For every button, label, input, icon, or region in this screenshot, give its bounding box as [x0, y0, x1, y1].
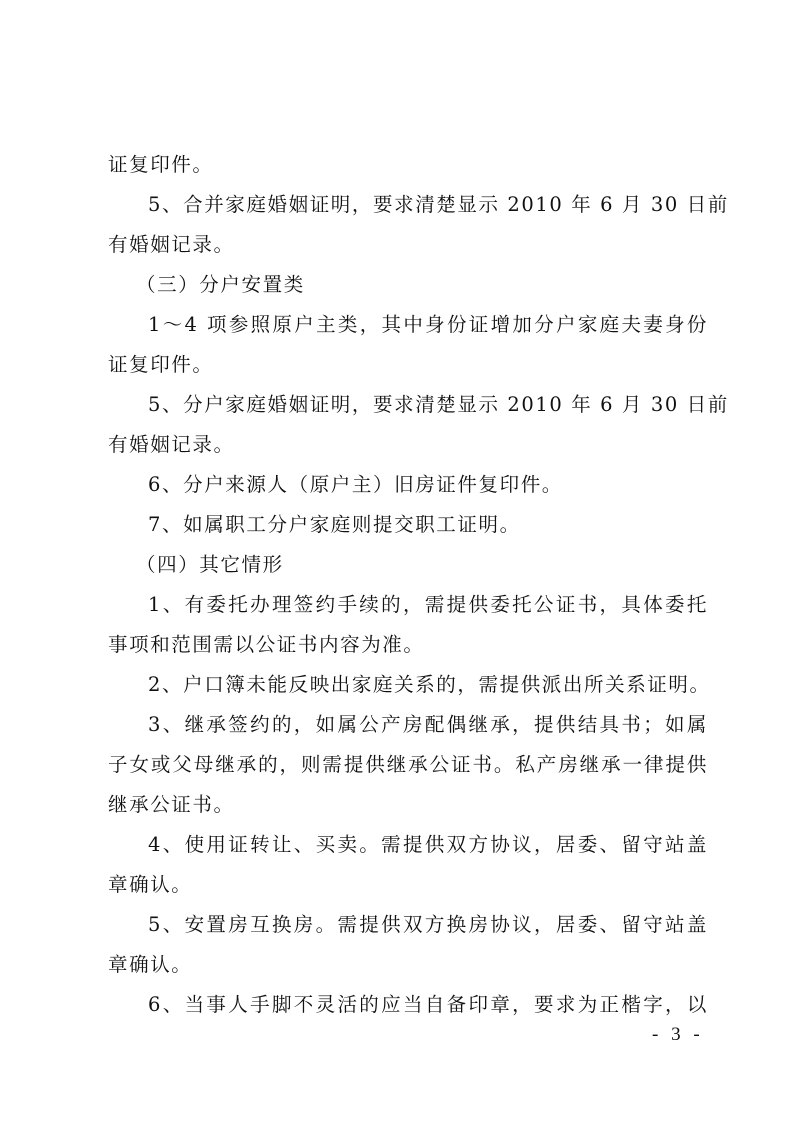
section-heading: （四）其它情形	[108, 545, 708, 585]
text-line: 1、有委托办理签约手续的，需提供委托公证书，具体委托	[108, 585, 708, 625]
page-number: - 3 -	[652, 1024, 704, 1046]
text-line: 5、安置房互换房。需提供双方换房协议，居委、留守站盖	[108, 905, 708, 945]
text-line: 事项和范围需以公证书内容为准。	[108, 625, 708, 665]
text-line: 6、分户来源人（原户主）旧房证件复印件。	[108, 465, 708, 505]
text-line: 6、当事人手脚不灵活的应当自备印章，要求为正楷字，以	[108, 985, 708, 1025]
text-line: 证复印件。	[108, 345, 708, 385]
text-line: 2、户口簿未能反映出家庭关系的，需提供派出所关系证明。	[108, 665, 708, 705]
text-line: 继承公证书。	[108, 785, 708, 825]
text-line: 1～4 项参照原户主类，其中身份证增加分户家庭夫妻身份	[108, 305, 708, 345]
document-page: 证复印件。5、合并家庭婚姻证明，要求清楚显示 2010 年 6 月 30 日前有…	[0, 0, 800, 1131]
text-line: 3、继承签约的，如属公产房配偶继承，提供结具书；如属	[108, 705, 708, 745]
text-line: 4、使用证转让、买卖。需提供双方协议，居委、留守站盖	[108, 825, 708, 865]
text-line: 5、合并家庭婚姻证明，要求清楚显示 2010 年 6 月 30 日前	[108, 185, 708, 225]
text-line: 子女或父母继承的，则需提供继承公证书。私产房继承一律提供	[108, 745, 708, 785]
text-line: 有婚姻记录。	[108, 425, 708, 465]
text-line: 有婚姻记录。	[108, 225, 708, 265]
text-line: 章确认。	[108, 865, 708, 905]
text-line: 证复印件。	[108, 145, 708, 185]
text-line: 7、如属职工分户家庭则提交职工证明。	[108, 505, 708, 545]
section-heading: （三）分户安置类	[108, 265, 708, 305]
document-body: 证复印件。5、合并家庭婚姻证明，要求清楚显示 2010 年 6 月 30 日前有…	[108, 145, 708, 1025]
text-line: 5、分户家庭婚姻证明，要求清楚显示 2010 年 6 月 30 日前	[108, 385, 708, 425]
text-line: 章确认。	[108, 945, 708, 985]
